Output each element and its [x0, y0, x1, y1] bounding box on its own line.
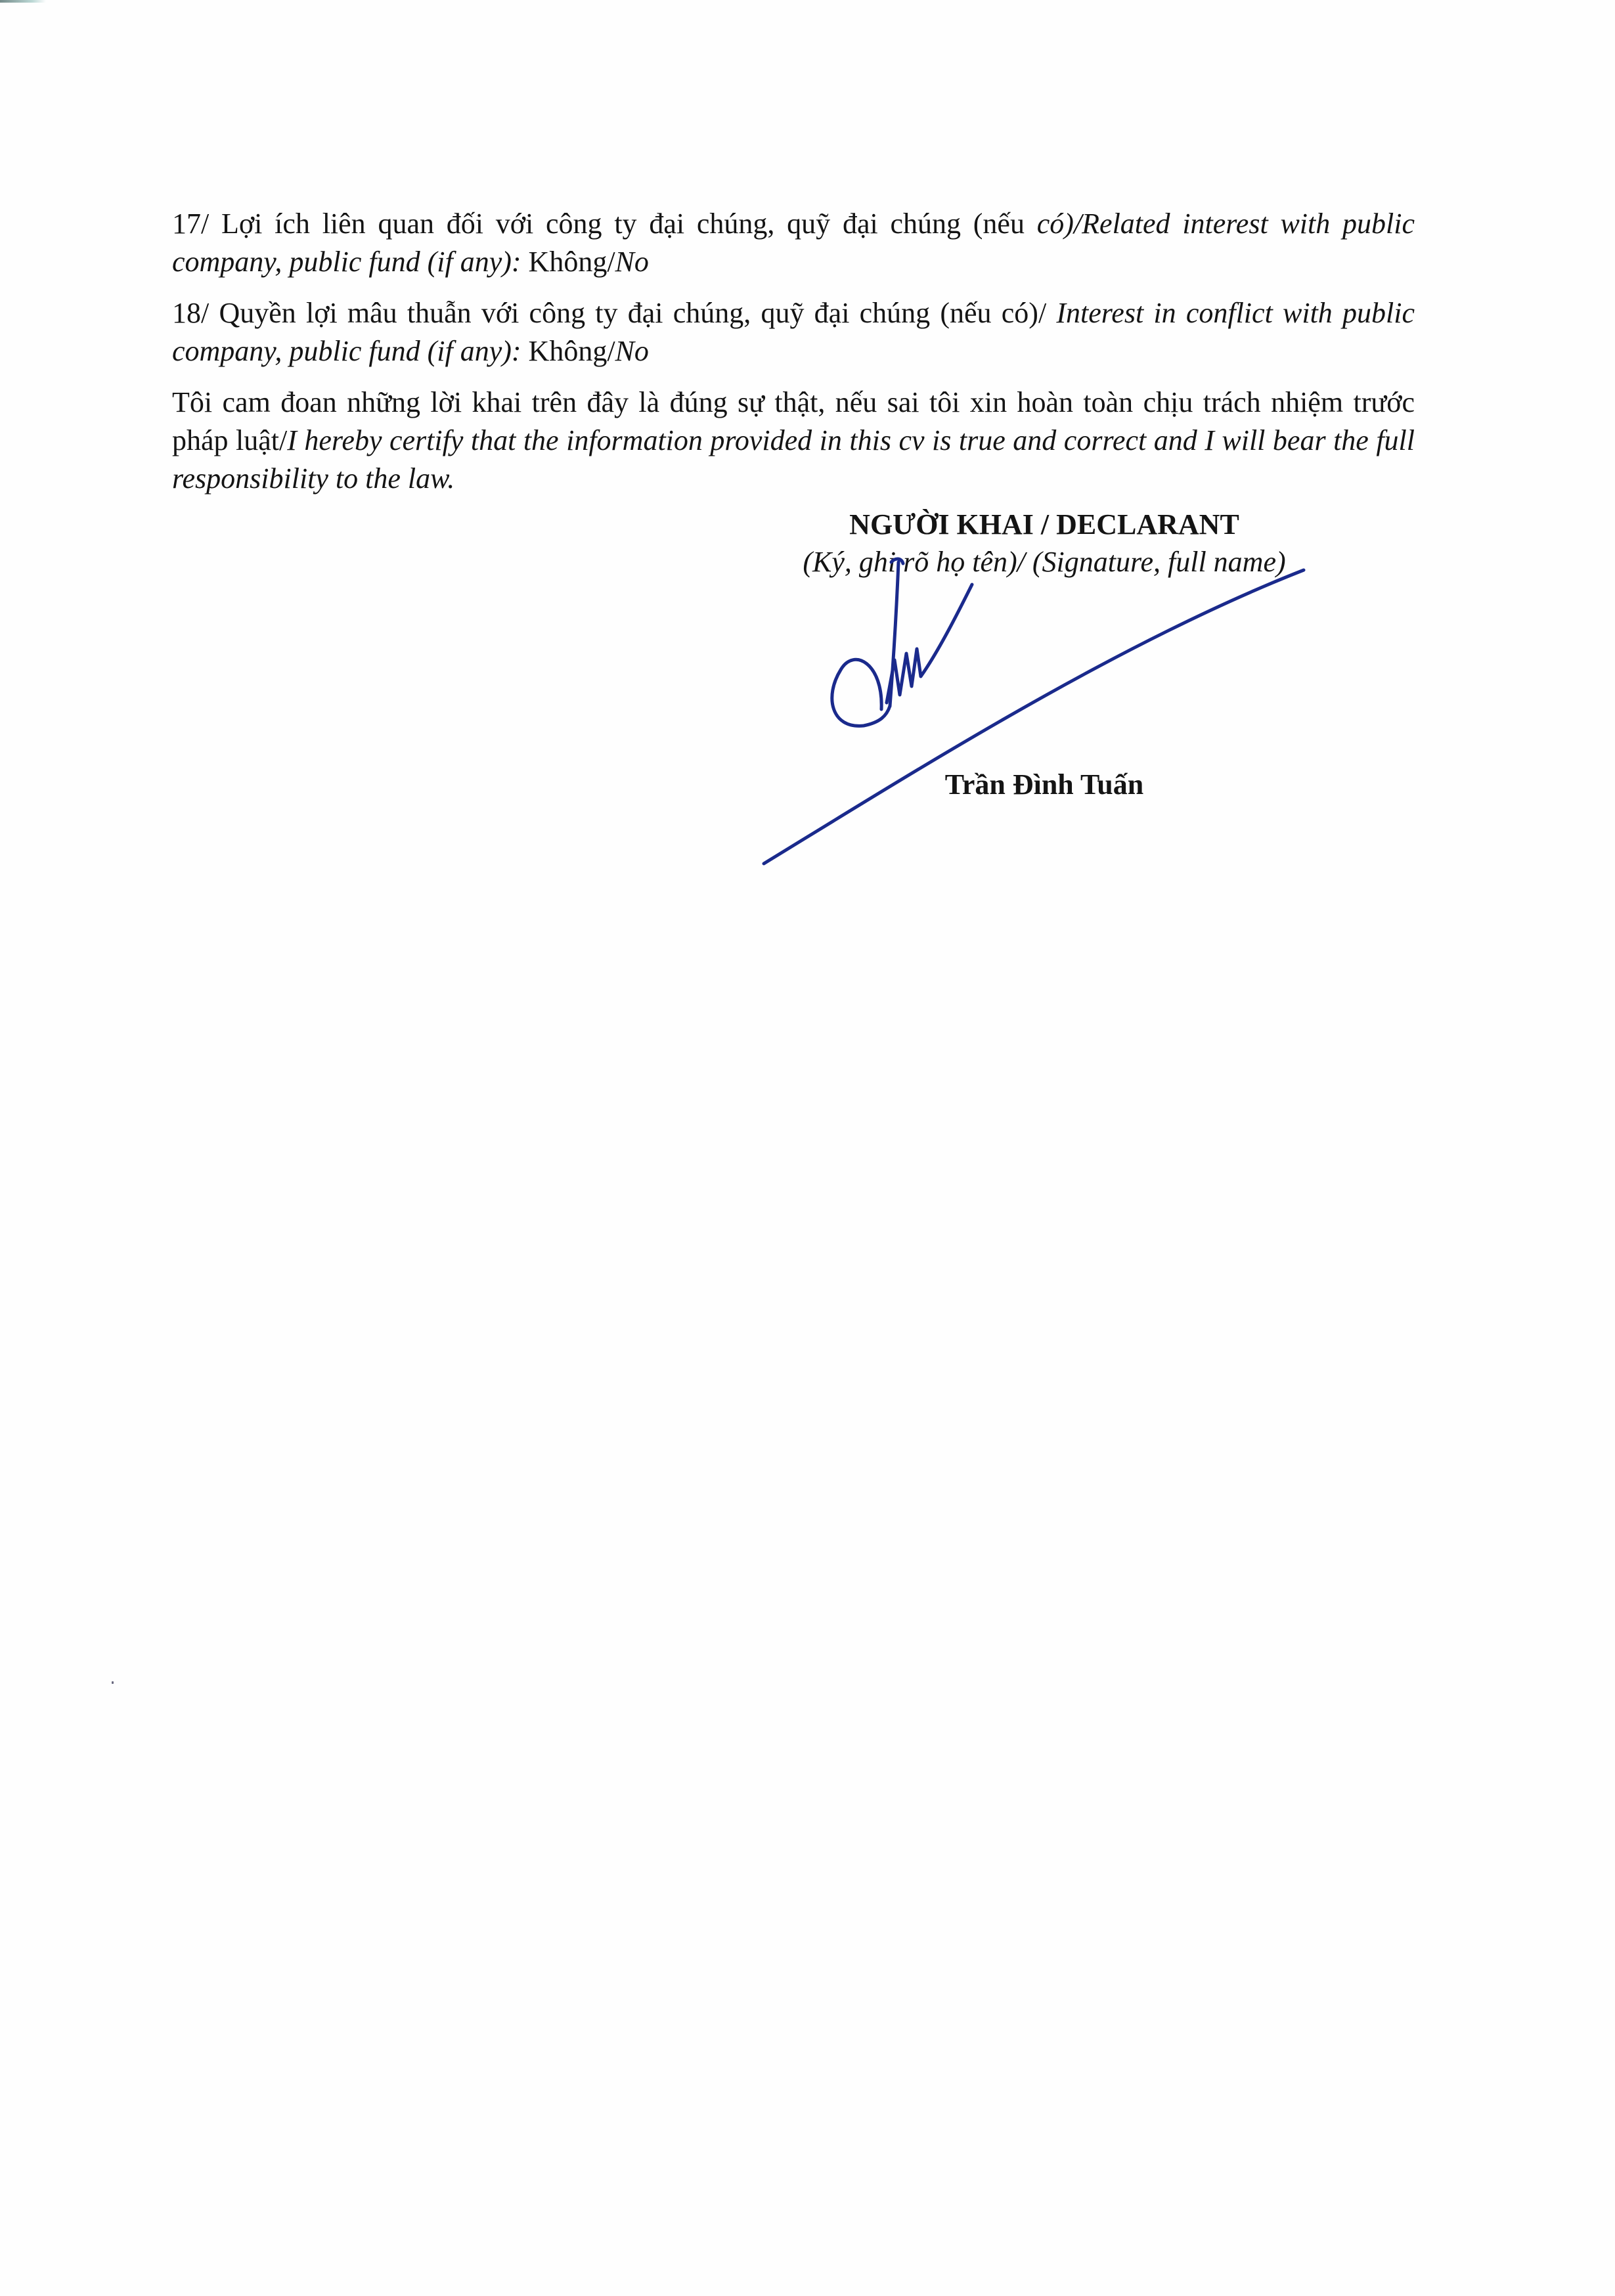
item-17-number: 17/ — [172, 208, 209, 240]
item-17-answer-vi: Không/ — [521, 246, 615, 278]
item-17-vi-tail: có) — [1037, 208, 1074, 240]
declaration: Tôi cam đoan những lời khai trên đây là … — [172, 384, 1415, 498]
signature-instruction: (Ký, ghi rõ họ tên)/ (Signature, full na… — [749, 544, 1340, 581]
scan-edge-artifact — [0, 0, 46, 3]
signer-name: Trần Đình Tuấn — [749, 766, 1340, 804]
item-17: 17/ Lợi ích liên quan đối với công ty đạ… — [172, 205, 1415, 281]
declarant-title: NGƯỜI KHAI / DECLARANT — [749, 506, 1340, 544]
document-page: 17/ Lợi ích liên quan đối với công ty đạ… — [0, 0, 1615, 2296]
item-18-answer-en: No — [615, 335, 649, 367]
item-17-vi-text: Lợi ích liên quan đối với công ty đại ch… — [221, 208, 1037, 240]
item-18-number: 18/ — [172, 297, 209, 329]
document-body: 17/ Lợi ích liên quan đối với công ty đạ… — [172, 205, 1415, 511]
scan-speck — [112, 1681, 114, 1684]
declaration-en: I hereby certify that the information pr… — [172, 424, 1415, 495]
item-18-vi-text: Quyền lợi mâu thuẫn với công ty đại chún… — [219, 297, 1046, 329]
item-17-answer-en: No — [615, 246, 649, 278]
signature-block: NGƯỜI KHAI / DECLARANT (Ký, ghi rõ họ tê… — [749, 506, 1340, 581]
item-18: 18/ Quyền lợi mâu thuẫn với công ty đại … — [172, 294, 1415, 370]
item-18-answer-vi: Không/ — [521, 335, 615, 367]
